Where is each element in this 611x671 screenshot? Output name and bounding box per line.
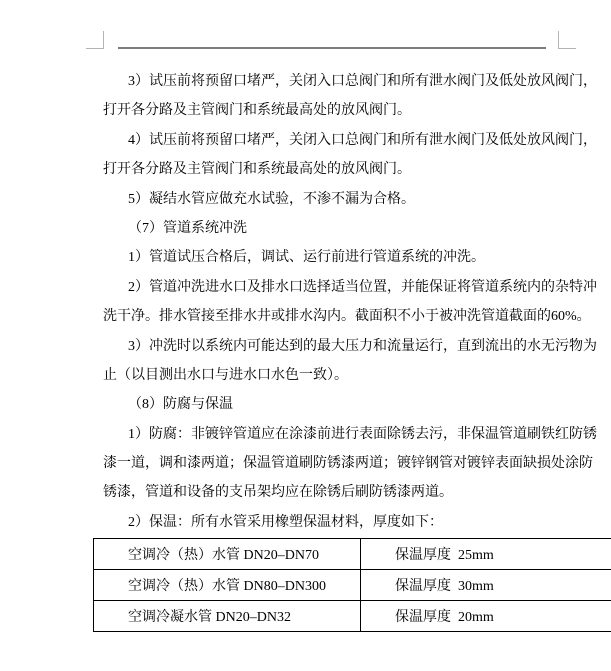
- text-boundary-mark-right-icon: [558, 31, 576, 49]
- paragraph-line: 止（以目测出水口与进水口水色一致）。: [103, 361, 603, 390]
- paragraph-line: 3）试压前将预留口堵严，关闭入口总阀门和所有泄水阀门及低处放风阀门，: [103, 67, 603, 96]
- table-row: 空调冷（热）水管 DN20–DN70 保温厚度 25mm: [94, 539, 611, 570]
- table-cell-thickness: 保温厚度 20mm: [361, 601, 611, 632]
- header-rule: [118, 47, 546, 49]
- text-boundary-mark-left-icon: [86, 31, 104, 49]
- paragraph-line: 洗干净。排水管接至排水井或排水沟内。截面积不小于被冲洗管道截面的60%。: [103, 302, 603, 331]
- paragraph-line: 漆一道，调和漆两道；保温管道刷防锈漆两道；镀锌钢管对镀锌表面缺损处涂防: [103, 449, 603, 478]
- paragraph-line: 锈漆，管道和设备的支吊架均应在除锈后刷防锈漆两道。: [103, 478, 603, 507]
- paragraph-line: 5）凝结水管应做充水试验，不渗不漏为合格。: [103, 185, 603, 214]
- paragraph-line: 2）保温：所有水管采用橡塑保温材料，厚度如下：: [103, 508, 603, 537]
- table-row: 空调冷凝水管 DN20–DN32 保温厚度 20mm: [94, 601, 611, 632]
- table-row: 空调冷（热）水管 DN80–DN300 保温厚度 30mm: [94, 570, 611, 601]
- paragraph-line: 3）冲洗时以系统内可能达到的最大压力和流量运行，直到流出的水无污物为: [103, 332, 603, 361]
- paragraph-line: 1）防腐：非镀锌管道应在涂漆前进行表面除锈去污，非保温管道刷铁红防锈: [103, 420, 603, 449]
- paragraph-line: 2）管道冲洗进水口及排水口选择适当位置，并能保证将管道系统内的杂特冲: [103, 273, 603, 302]
- section-heading: （8）防腐与保温: [103, 390, 603, 419]
- insulation-thickness-table: 空调冷（热）水管 DN20–DN70 保温厚度 25mm 空调冷（热）水管 DN…: [93, 538, 611, 632]
- paragraph-line: 4）试压前将预留口堵严，关闭入口总阀门和所有泄水阀门及低处放风阀门，: [103, 126, 603, 155]
- table-cell-pipe: 空调冷（热）水管 DN80–DN300: [94, 570, 361, 601]
- document-body: 3）试压前将预留口堵严，关闭入口总阀门和所有泄水阀门及低处放风阀门， 打开各分路…: [103, 67, 603, 537]
- paragraph-line: 打开各分路及主管阀门和系统最高处的放风阀门。: [103, 155, 603, 184]
- table-cell-thickness: 保温厚度 30mm: [361, 570, 611, 601]
- paragraph-line: 1）管道试压合格后，调试、运行前进行管道系统的冲洗。: [103, 243, 603, 272]
- section-heading: （7）管道系统冲洗: [103, 214, 603, 243]
- table-cell-thickness: 保温厚度 25mm: [361, 539, 611, 570]
- paragraph-line: 打开各分路及主管阀门和系统最高处的放风阀门。: [103, 96, 603, 125]
- table-cell-pipe: 空调冷凝水管 DN20–DN32: [94, 601, 361, 632]
- document-page: 3）试压前将预留口堵严，关闭入口总阀门和所有泄水阀门及低处放风阀门， 打开各分路…: [0, 0, 611, 671]
- table-cell-pipe: 空调冷（热）水管 DN20–DN70: [94, 539, 361, 570]
